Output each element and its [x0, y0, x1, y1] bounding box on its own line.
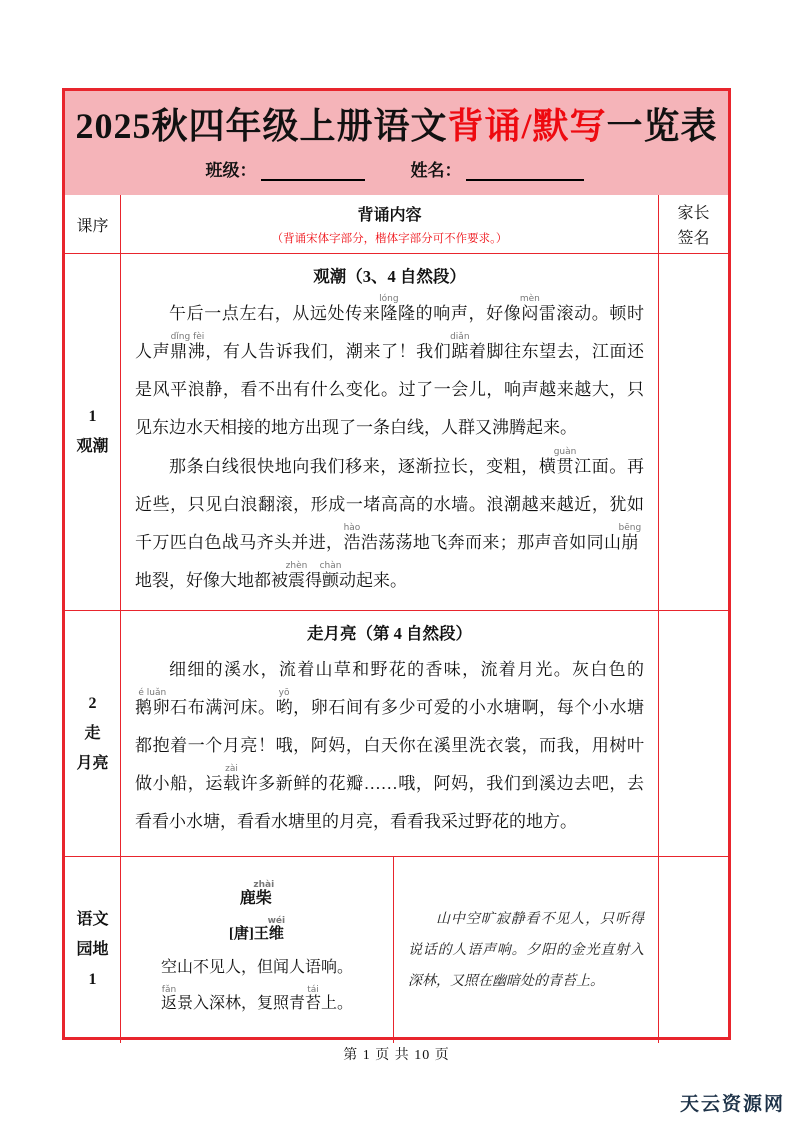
lesson-title-line2: 园地	[76, 935, 108, 965]
lesson-number: 1	[89, 965, 97, 995]
signature-label-line1: 家长	[677, 200, 709, 223]
class-label: 班级：	[206, 156, 257, 181]
recitation-table: 课序 背诵内容 （背诵宋体字部分，楷体字部分可不作要求。） 家长 签名 1 观潮…	[65, 195, 728, 1043]
lesson-number: 1	[89, 402, 97, 432]
lesson-cell-2: 2 走 月亮	[65, 610, 120, 856]
page-number: 第 1 页 共 10 页	[0, 1044, 793, 1064]
lesson-title-line2: 月亮	[76, 749, 108, 779]
content-cell-3: 鹿柴zhài [唐]王维wéi 空山不见人，但闻人语响。 返fǎn景入深林，复照…	[120, 856, 658, 1043]
passage-heading: 观潮（3、4 自然段）	[135, 260, 644, 294]
content-header-note: （背诵宋体字部分，楷体字部分可不作要求。）	[272, 230, 508, 246]
lesson-cell-3: 语文 园地 1	[65, 856, 120, 1043]
poem-explanation-block: 山中空旷寂静看不见人，只听得说话的人语声响。夕阳的金光直射入深林，又照在幽暗处的…	[393, 857, 658, 1043]
content-cell-1: 观潮（3、4 自然段） 午后一点左右，从远处传来隆lóng隆的响声，好像闷mèn…	[120, 253, 658, 610]
col-header-lesson: 课序	[65, 195, 120, 253]
content-cell-2: 走月亮（第 4 自然段） 细细的溪水，流着山草和野花的香味，流着月光。灰白色的鹅…	[120, 610, 658, 856]
signature-cell-3[interactable]	[658, 856, 728, 1043]
signature-cell-2[interactable]	[658, 610, 728, 856]
lesson-title: 观潮	[76, 432, 108, 462]
title-suffix: 一览表	[607, 106, 718, 146]
lesson-title-line1: 走	[84, 719, 100, 749]
title-highlight: 背诵/默写	[447, 106, 606, 146]
poem-line: 返fǎn景入深林，复照青苔tái上。	[161, 985, 353, 1021]
col-header-content: 背诵内容 （背诵宋体字部分，楷体字部分可不作要求。）	[120, 195, 658, 253]
poem-line: 空山不见人，但闻人语响。	[161, 951, 353, 985]
page-title: 2025秋四年级上册语文背诵/默写一览表	[75, 107, 717, 147]
passage-paragraph: 午后一点左右，从远处传来隆lóng隆的响声，好像闷mèn雷滚动。顿时人声鼎沸dǐ…	[135, 294, 644, 447]
poem-explanation: 山中空旷寂静看不见人，只听得说话的人语声响。夕阳的金光直射入深林，又照在幽暗处的…	[408, 904, 644, 997]
passage-paragraph: 那条白线很快地向我们移来，逐渐拉长，变粗，横贯guàn江面。再近些，只见白浪翻滚…	[135, 447, 644, 600]
signature-label-line2: 签名	[677, 225, 709, 248]
class-blank-line[interactable]	[261, 166, 365, 181]
title-prefix: 2025秋四年级上册语文	[75, 106, 447, 146]
watermark-text: 天云资源网	[680, 1089, 785, 1116]
content-header-label: 背诵内容	[357, 202, 421, 225]
poem-title: 鹿柴zhài	[240, 880, 274, 916]
name-label: 姓名：	[411, 156, 462, 181]
worksheet-page: 2025秋四年级上册语文背诵/默写一览表 班级：姓名： 课序 背诵内容 （背诵宋…	[62, 88, 731, 1040]
poem-block: 鹿柴zhài [唐]王维wéi 空山不见人，但闻人语响。 返fǎn景入深林，复照…	[121, 857, 393, 1043]
passage-paragraph: 细细的溪水，流着山草和野花的香味，流着月光。灰白色的鹅卵é luǎn石布满河床。…	[135, 651, 644, 841]
title-band: 2025秋四年级上册语文背诵/默写一览表 班级：姓名：	[65, 91, 728, 195]
passage-heading: 走月亮（第 4 自然段）	[135, 617, 644, 651]
col-header-signature: 家长 签名	[658, 195, 728, 253]
lesson-number: 2	[89, 689, 97, 719]
name-blank-line[interactable]	[466, 166, 584, 181]
class-name-line: 班级：姓名：	[206, 156, 588, 181]
lesson-cell-1: 1 观潮	[65, 253, 120, 610]
poem-author: [唐]王维wéi	[229, 916, 285, 951]
lesson-title-line1: 语文	[76, 905, 108, 935]
signature-cell-1[interactable]	[658, 253, 728, 610]
